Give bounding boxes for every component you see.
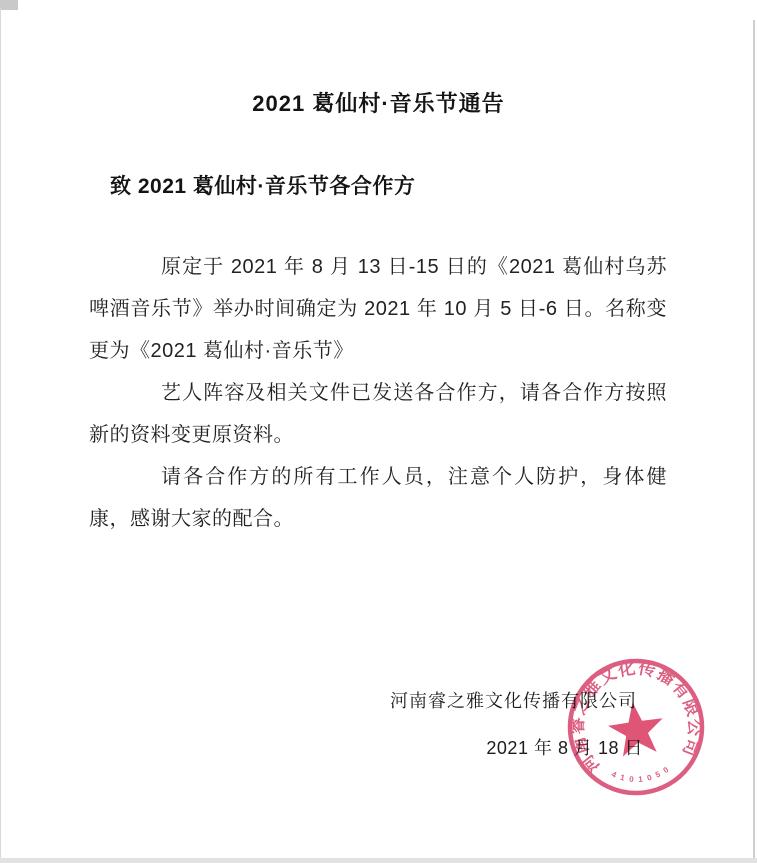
page-edge-bottom [0,858,757,863]
company-seal-stamp: 河南睿之雅文化传播有限公司 4101050084255 [551,642,720,811]
notice-document: 2021 葛仙村·音乐节通告 致 2021 葛仙村·音乐节各合作方 原定于 20… [0,0,757,863]
scan-corner-artifact [0,0,18,10]
salutation-line: 致 2021 葛仙村·音乐节各合作方 [110,172,415,202]
paragraph-reschedule-notice: 原定于 2021 年 8 月 13 日-15 日的《2021 葛仙村乌苏啤酒音乐… [89,246,667,372]
page-edge-left [0,8,1,863]
paragraph-health-reminder: 请各合作方的所有工作人员，注意个人防护，身体健康，感谢大家的配合。 [89,456,667,540]
seal-star-icon [605,698,667,758]
document-title: 2021 葛仙村·音乐节通告 [0,90,757,118]
document-body: 原定于 2021 年 8 月 13 日-15 日的《2021 葛仙村乌苏啤酒音乐… [89,246,667,540]
paragraph-materials-update: 艺人阵容及相关文件已发送各合作方，请各合作方按照新的资料变更原资料。 [89,372,667,456]
page-edge-right [753,20,755,863]
